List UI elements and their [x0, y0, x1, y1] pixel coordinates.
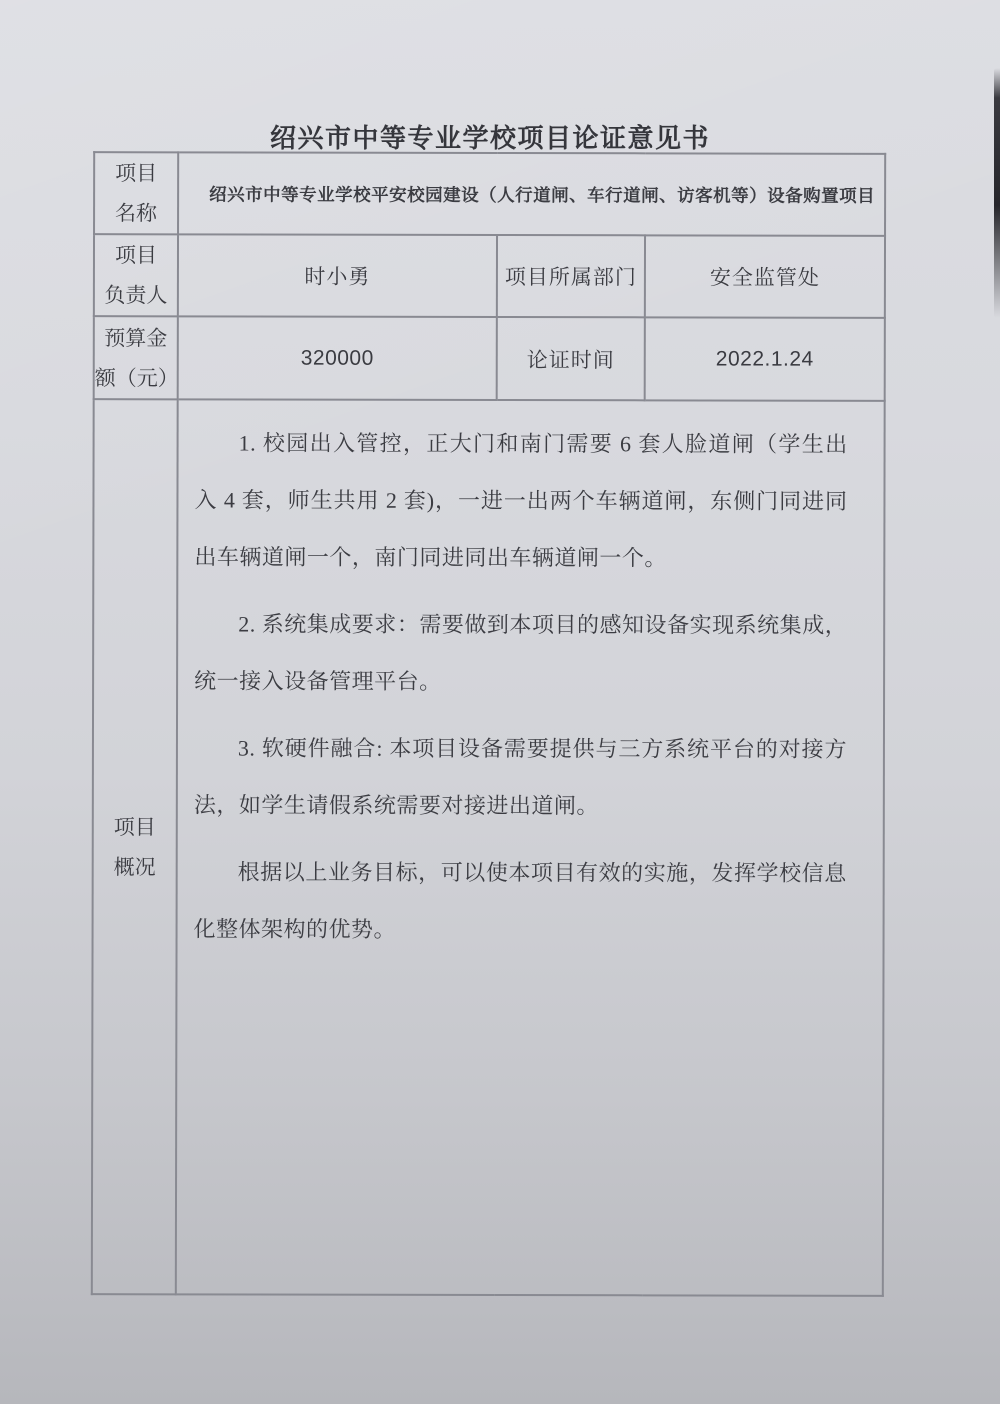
photo-dark-edge: [994, 68, 1000, 318]
overview-label: 项目 概况: [92, 399, 178, 1294]
leader-value: 时小勇: [178, 234, 497, 317]
row-leader: 项目 负责人 时小勇 项目所属部门 安全监管处: [94, 234, 885, 318]
overview-paragraph-1: 1. 校园出入管控，正大门和南门需要 6 套人脸道闸（学生出入 4 套，师生共用…: [194, 414, 847, 586]
project-form-table: 项目 名称 绍兴市中等专业学校平安校园建设（人行道闸、车行道闸、访客机等）设备购…: [91, 151, 886, 1297]
department-value: 安全监管处: [645, 235, 885, 318]
leader-label: 项目 负责人: [94, 234, 178, 316]
project-name-label: 项目 名称: [94, 152, 178, 234]
paper-sheet: 绍兴市中等专业学校项目论证意见书 项目 名称 绍兴市中等专业学校平安校园建设（人…: [0, 0, 1000, 1404]
row-project-name: 项目 名称 绍兴市中等专业学校平安校园建设（人行道闸、车行道闸、访客机等）设备购…: [94, 152, 885, 236]
department-label: 项目所属部门: [497, 235, 645, 317]
row-budget: 预算金 额（元） 320000 论证时间 2022.1.24: [94, 316, 885, 401]
document-title: 绍兴市中等专业学校项目论证意见书: [0, 118, 980, 155]
overview-paragraph-2: 2. 系统集成要求：需要做到本项目的感知设备实现系统集成，统一接入设备管理平台。: [194, 595, 847, 710]
overview-paragraph-3: 3. 软硬件融合: 本项目设备需要提供与三方系统平台的对接方法，如学生请假系统需…: [194, 719, 847, 834]
overview-content: 1. 校园出入管控，正大门和南门需要 6 套人脸道闸（学生出入 4 套，师生共用…: [176, 399, 885, 1295]
budget-value: 320000: [178, 316, 497, 400]
project-name-value: 绍兴市中等专业学校平安校园建设（人行道闸、车行道闸、访客机等）设备购置项目: [178, 152, 885, 235]
overview-paragraph-4: 根据以上业务目标，可以使本项目有效的实施，发挥学校信息化整体架构的优势。: [194, 843, 847, 958]
row-overview: 项目 概况 1. 校园出入管控，正大门和南门需要 6 套人脸道闸（学生出入 4 …: [92, 399, 885, 1296]
review-time-value: 2022.1.24: [645, 317, 885, 401]
review-time-label: 论证时间: [497, 317, 645, 400]
budget-label: 预算金 额（元）: [94, 316, 178, 399]
